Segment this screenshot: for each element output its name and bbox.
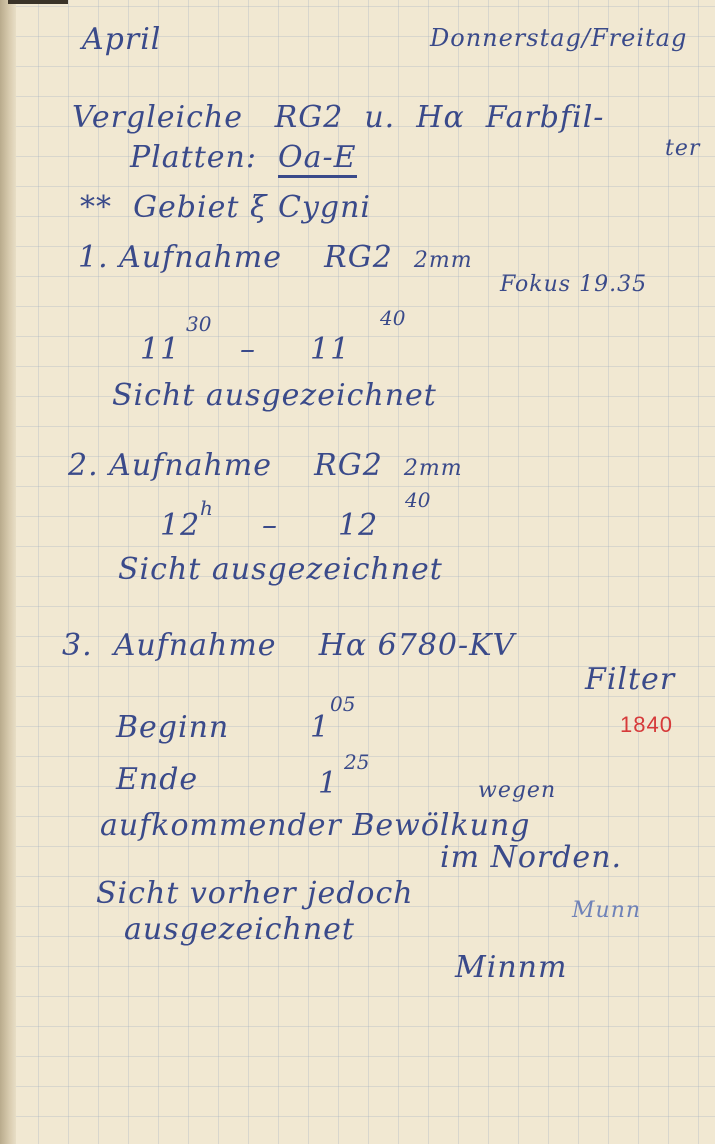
exposure-3-filter: Hα 6780-KV [319,628,516,663]
page-binding [0,0,16,1144]
exposure-2-end: 12 [338,508,378,543]
exposure-3-begin-min: 05 [330,692,355,716]
exposure-1-focus: Fokus 19.35 [500,272,647,297]
exposure-1-line: 1. Aufnahme RG2 2mm [78,240,473,275]
red-annotation: 1840 [620,712,673,738]
exposure-3-end-hour: 1 [318,766,338,801]
exposure-1-label: Aufnahme [119,240,282,275]
notebook-page: April Donnerstag/Freitag Vergleiche RG2 … [0,0,715,1144]
filter-rg2: RG2 [275,100,344,135]
exposure-2-line: 2. Aufnahme RG2 2mm [68,448,463,483]
exposure-1-start: 11 [140,332,180,367]
compare-label: Vergleiche [72,100,243,135]
region-line: ** Gebiet ξ Cygni [80,190,371,225]
exposure-2-start: 12 [160,508,200,543]
exposure-3-begin-hour: 1 [310,710,330,745]
exposure-3-begin-label: Beginn [116,710,229,745]
exposure-3-reason-2: aufkommender Bewölkung [100,808,531,843]
conjunction: u. [364,100,395,135]
exposure-3-number: 3. [62,628,93,663]
exposure-1-note: Sicht ausgezeichnet [112,378,437,413]
exposure-2-end-min: 40 [405,488,430,512]
exposure-1-end: 11 [310,332,350,367]
exposure-2-thickness: 2mm [404,456,463,481]
exposure-2-filter: RG2 [314,448,383,483]
exposure-1-filter: RG2 [324,240,393,275]
exposure-1-end-min: 40 [380,306,405,330]
region: Gebiet ξ Cygni [133,190,371,225]
filter-word-wrap: ter [665,136,700,161]
exposure-3-label: Aufnahme [114,628,277,663]
exposure-3-end-min: 25 [344,750,369,774]
filter-halpha: Hα [416,100,464,135]
filter-word: Farbfil- [486,100,605,135]
exposure-2-start-min: h [200,496,213,520]
month: April [82,22,161,57]
plates-line: Platten: Oa-E [130,140,357,175]
cover-edge [8,0,68,4]
days: Donnerstag/Freitag [430,24,687,52]
exposure-2-label: Aufnahme [109,448,272,483]
signature: Minnm [455,950,567,985]
exposure-3-filter-wrap: Filter [585,662,675,697]
exposure-3-reason-3: im Norden. [440,840,622,875]
signature-faint: Munn [572,898,641,923]
plates-value: Oa-E [278,140,357,178]
exposure-2-number: 2. [68,448,99,483]
exposure-1-thickness: 2mm [414,248,473,273]
exposure-1-start-min: 30 [186,312,211,336]
exposure-3-note-1: Sicht vorher jedoch [96,876,414,911]
exposure-3-end-label: Ende [116,762,198,797]
compare-line: Vergleiche RG2 u. Hα Farbfil- [72,100,604,135]
exposure-3-line: 3. Aufnahme Hα 6780-KV [62,628,515,663]
exposure-3-reason-1: wegen [478,778,556,803]
exposure-2-note: Sicht ausgezeichnet [118,552,443,587]
plates-label: Platten: [130,140,257,175]
exposure-3-note-2: ausgezeichnet [124,912,355,947]
region-marker: ** [80,190,112,225]
exposure-1-number: 1. [78,240,109,275]
